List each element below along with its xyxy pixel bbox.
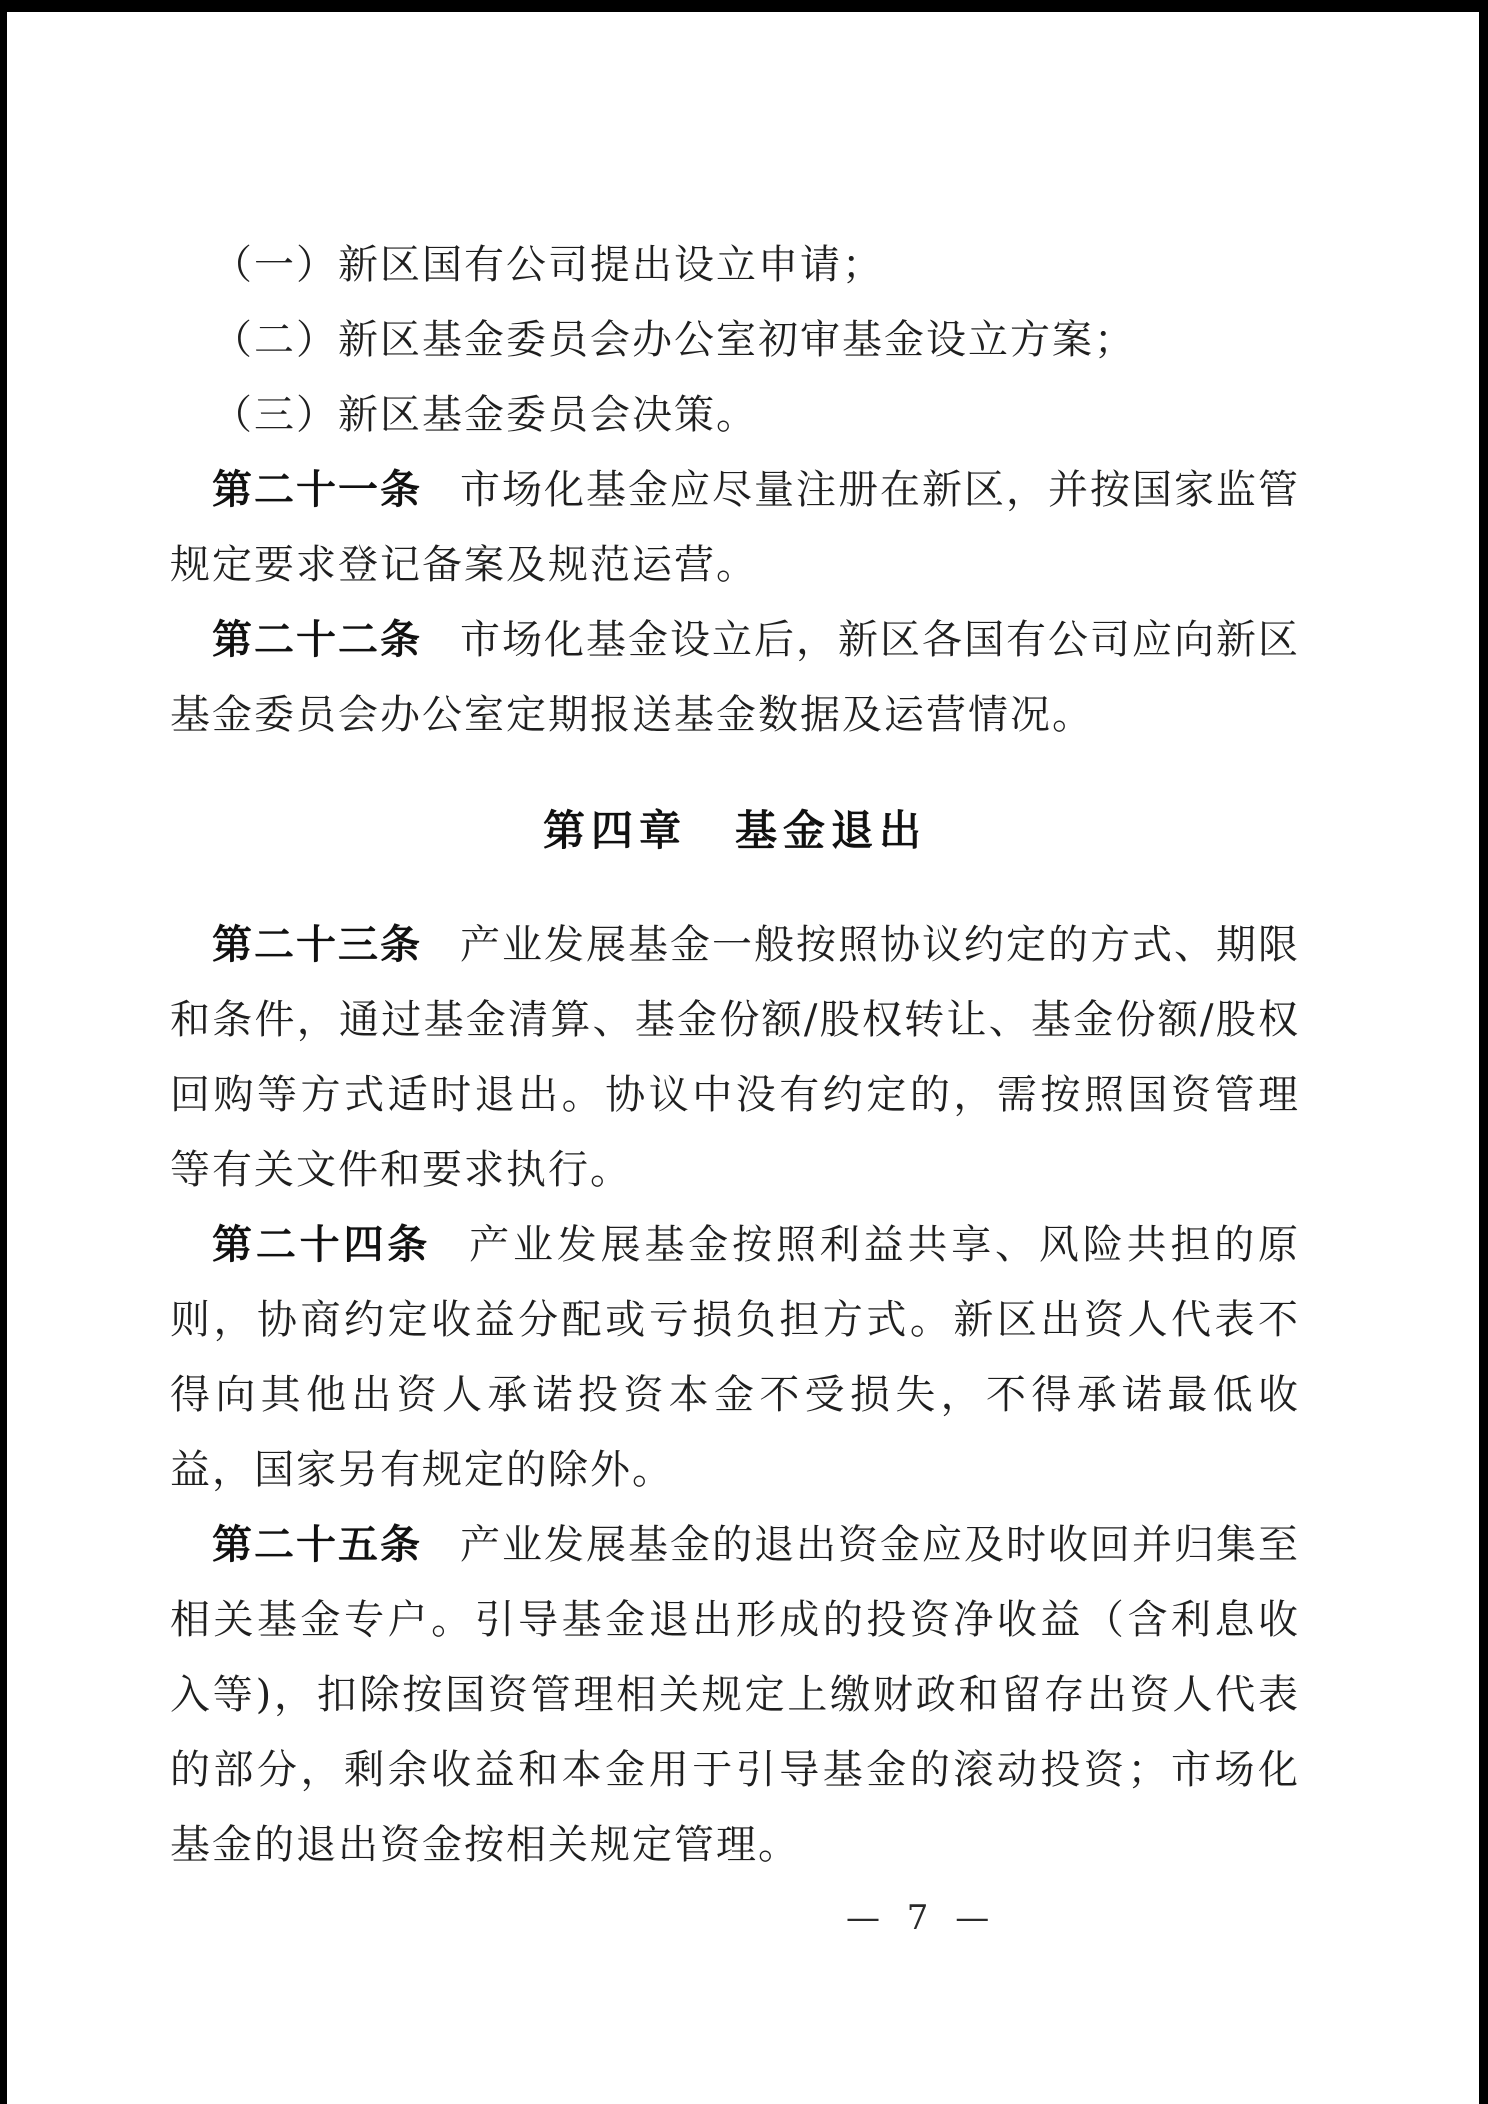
article-25-text: 产业发展基金的退出资金应及时收回并归集至相关基金专户。引导基金退出形成的投资净收… <box>170 1522 1300 1868</box>
article-22: 第二十二条市场化基金设立后，新区各国有公司应向新区基金委员会办公室定期报送基金数… <box>170 603 1300 753</box>
article-21: 第二十一条市场化基金应尽量注册在新区，并按国家监管规定要求登记备案及规范运营。 <box>170 453 1300 603</box>
list-item-2: （二）新区基金委员会办公室初审基金设立方案； <box>170 303 1300 378</box>
article-25: 第二十五条产业发展基金的退出资金应及时收回并归集至相关基金专户。引导基金退出形成… <box>170 1508 1300 1883</box>
text-column: （一）新区国有公司提出设立申请； （二）新区基金委员会办公室初审基金设立方案； … <box>170 228 1300 1883</box>
list-item-1: （一）新区国有公司提出设立申请； <box>170 228 1300 303</box>
article-24-number: 第二十四条 <box>212 1222 431 1268</box>
article-23: 第二十三条产业发展基金一般按照协议约定的方式、期限和条件，通过基金清算、基金份额… <box>170 908 1300 1208</box>
page-number: — 7 — <box>846 1898 997 1938</box>
list-item-2-text: （二）新区基金委员会办公室初审基金设立方案； <box>212 317 1136 363</box>
scan-border-right <box>1479 0 1488 2104</box>
article-22-number: 第二十二条 <box>212 617 422 663</box>
list-item-3-text: （三）新区基金委员会决策。 <box>212 392 758 438</box>
article-21-number: 第二十一条 <box>212 467 422 513</box>
chapter-heading: 第四章 基金退出 <box>170 793 1300 868</box>
list-item-1-text: （一）新区国有公司提出设立申请； <box>212 242 884 288</box>
list-item-3: （三）新区基金委员会决策。 <box>170 378 1300 453</box>
scan-border-top <box>0 0 1488 12</box>
article-24: 第二十四条产业发展基金按照利益共享、风险共担的原则，协商约定收益分配或亏损负担方… <box>170 1208 1300 1508</box>
document-page: （一）新区国有公司提出设立申请； （二）新区基金委员会办公室初审基金设立方案； … <box>0 0 1488 2104</box>
scan-border-left <box>0 0 7 2104</box>
article-25-number: 第二十五条 <box>212 1522 422 1568</box>
article-23-number: 第二十三条 <box>212 922 422 968</box>
